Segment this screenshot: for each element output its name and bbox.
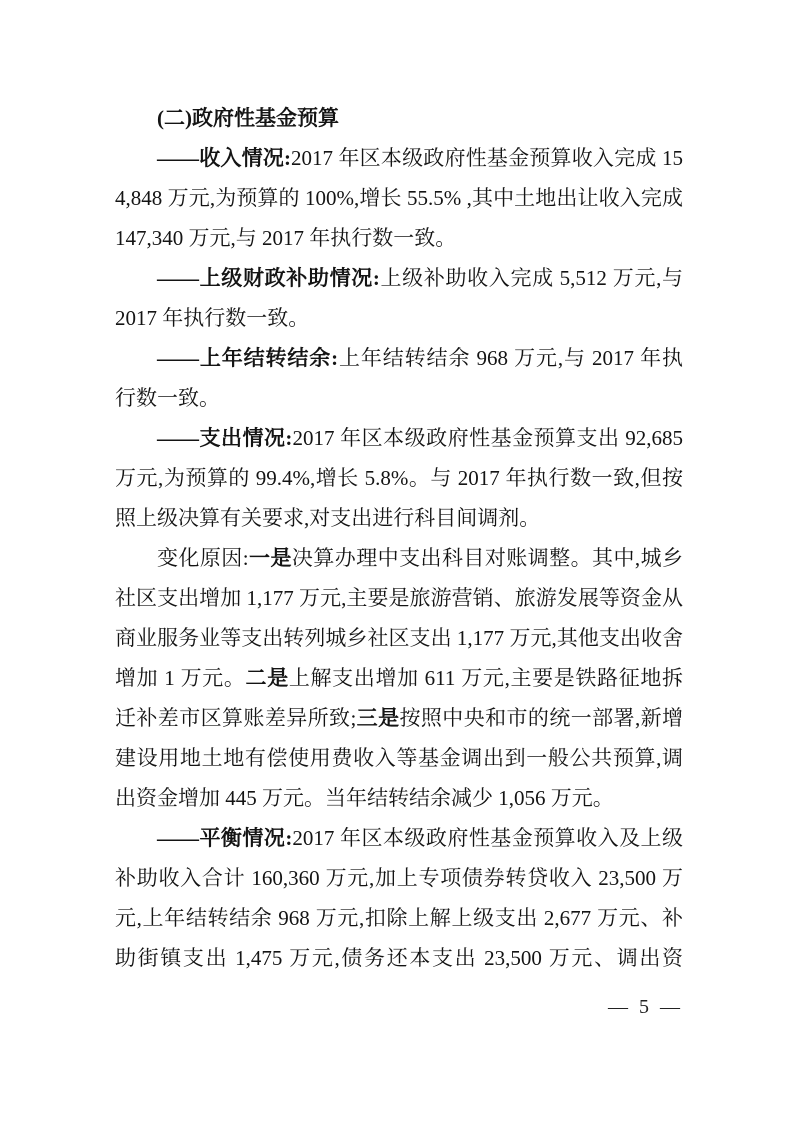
paragraph-superior-subsidy-status: ——上级财政补助情况:上级补助收入完成 5,512 万元,与 2017 年执行数… (115, 258, 683, 338)
paragraph-expenditure-status: ——支出情况:2017 年区本级政府性基金预算支出 92,685 万元,为预算的… (115, 418, 683, 538)
paragraph-label: ——上级财政补助情况: (157, 266, 380, 290)
footer-page-number: 5 (639, 996, 649, 1019)
paragraph-container: ——收入情况:2017 年区本级政府性基金预算收入完成 154,848 万元,为… (115, 138, 683, 978)
footer-left-dash: — (608, 996, 628, 1018)
page-footer: —5— (608, 996, 680, 1019)
paragraph-change-reasons: 变化原因:一是决算办理中支出科目对账调整。其中,城乡社区支出增加 1,177 万… (115, 538, 683, 818)
document-page: (二)政府性基金预算 ——收入情况:2017 年区本级政府性基金预算收入完成 1… (0, 0, 793, 1122)
paragraph-text: 变化原因: (157, 546, 249, 570)
paragraph-label: 一是 (249, 546, 292, 570)
document-body: (二)政府性基金预算 ——收入情况:2017 年区本级政府性基金预算收入完成 1… (115, 98, 683, 978)
paragraph-prior-year-carryover: ——上年结转结余:上年结转结余 968 万元,与 2017 年执行数一致。 (115, 338, 683, 418)
paragraph-label: ——上年结转结余: (157, 346, 338, 370)
paragraph-label: 三是 (356, 706, 399, 730)
paragraph-label: 二是 (246, 666, 289, 690)
footer-right-dash: — (660, 996, 680, 1018)
section-heading: (二)政府性基金预算 (115, 98, 683, 138)
paragraph-balance-status: ——平衡情况:2017 年区本级政府性基金预算收入及上级补助收入合计 160,3… (115, 818, 683, 978)
paragraph-income-status: ——收入情况:2017 年区本级政府性基金预算收入完成 154,848 万元,为… (115, 138, 683, 258)
paragraph-label: ——收入情况: (157, 146, 291, 170)
paragraph-label: ——平衡情况: (157, 826, 292, 850)
paragraph-label: ——支出情况: (157, 426, 292, 450)
